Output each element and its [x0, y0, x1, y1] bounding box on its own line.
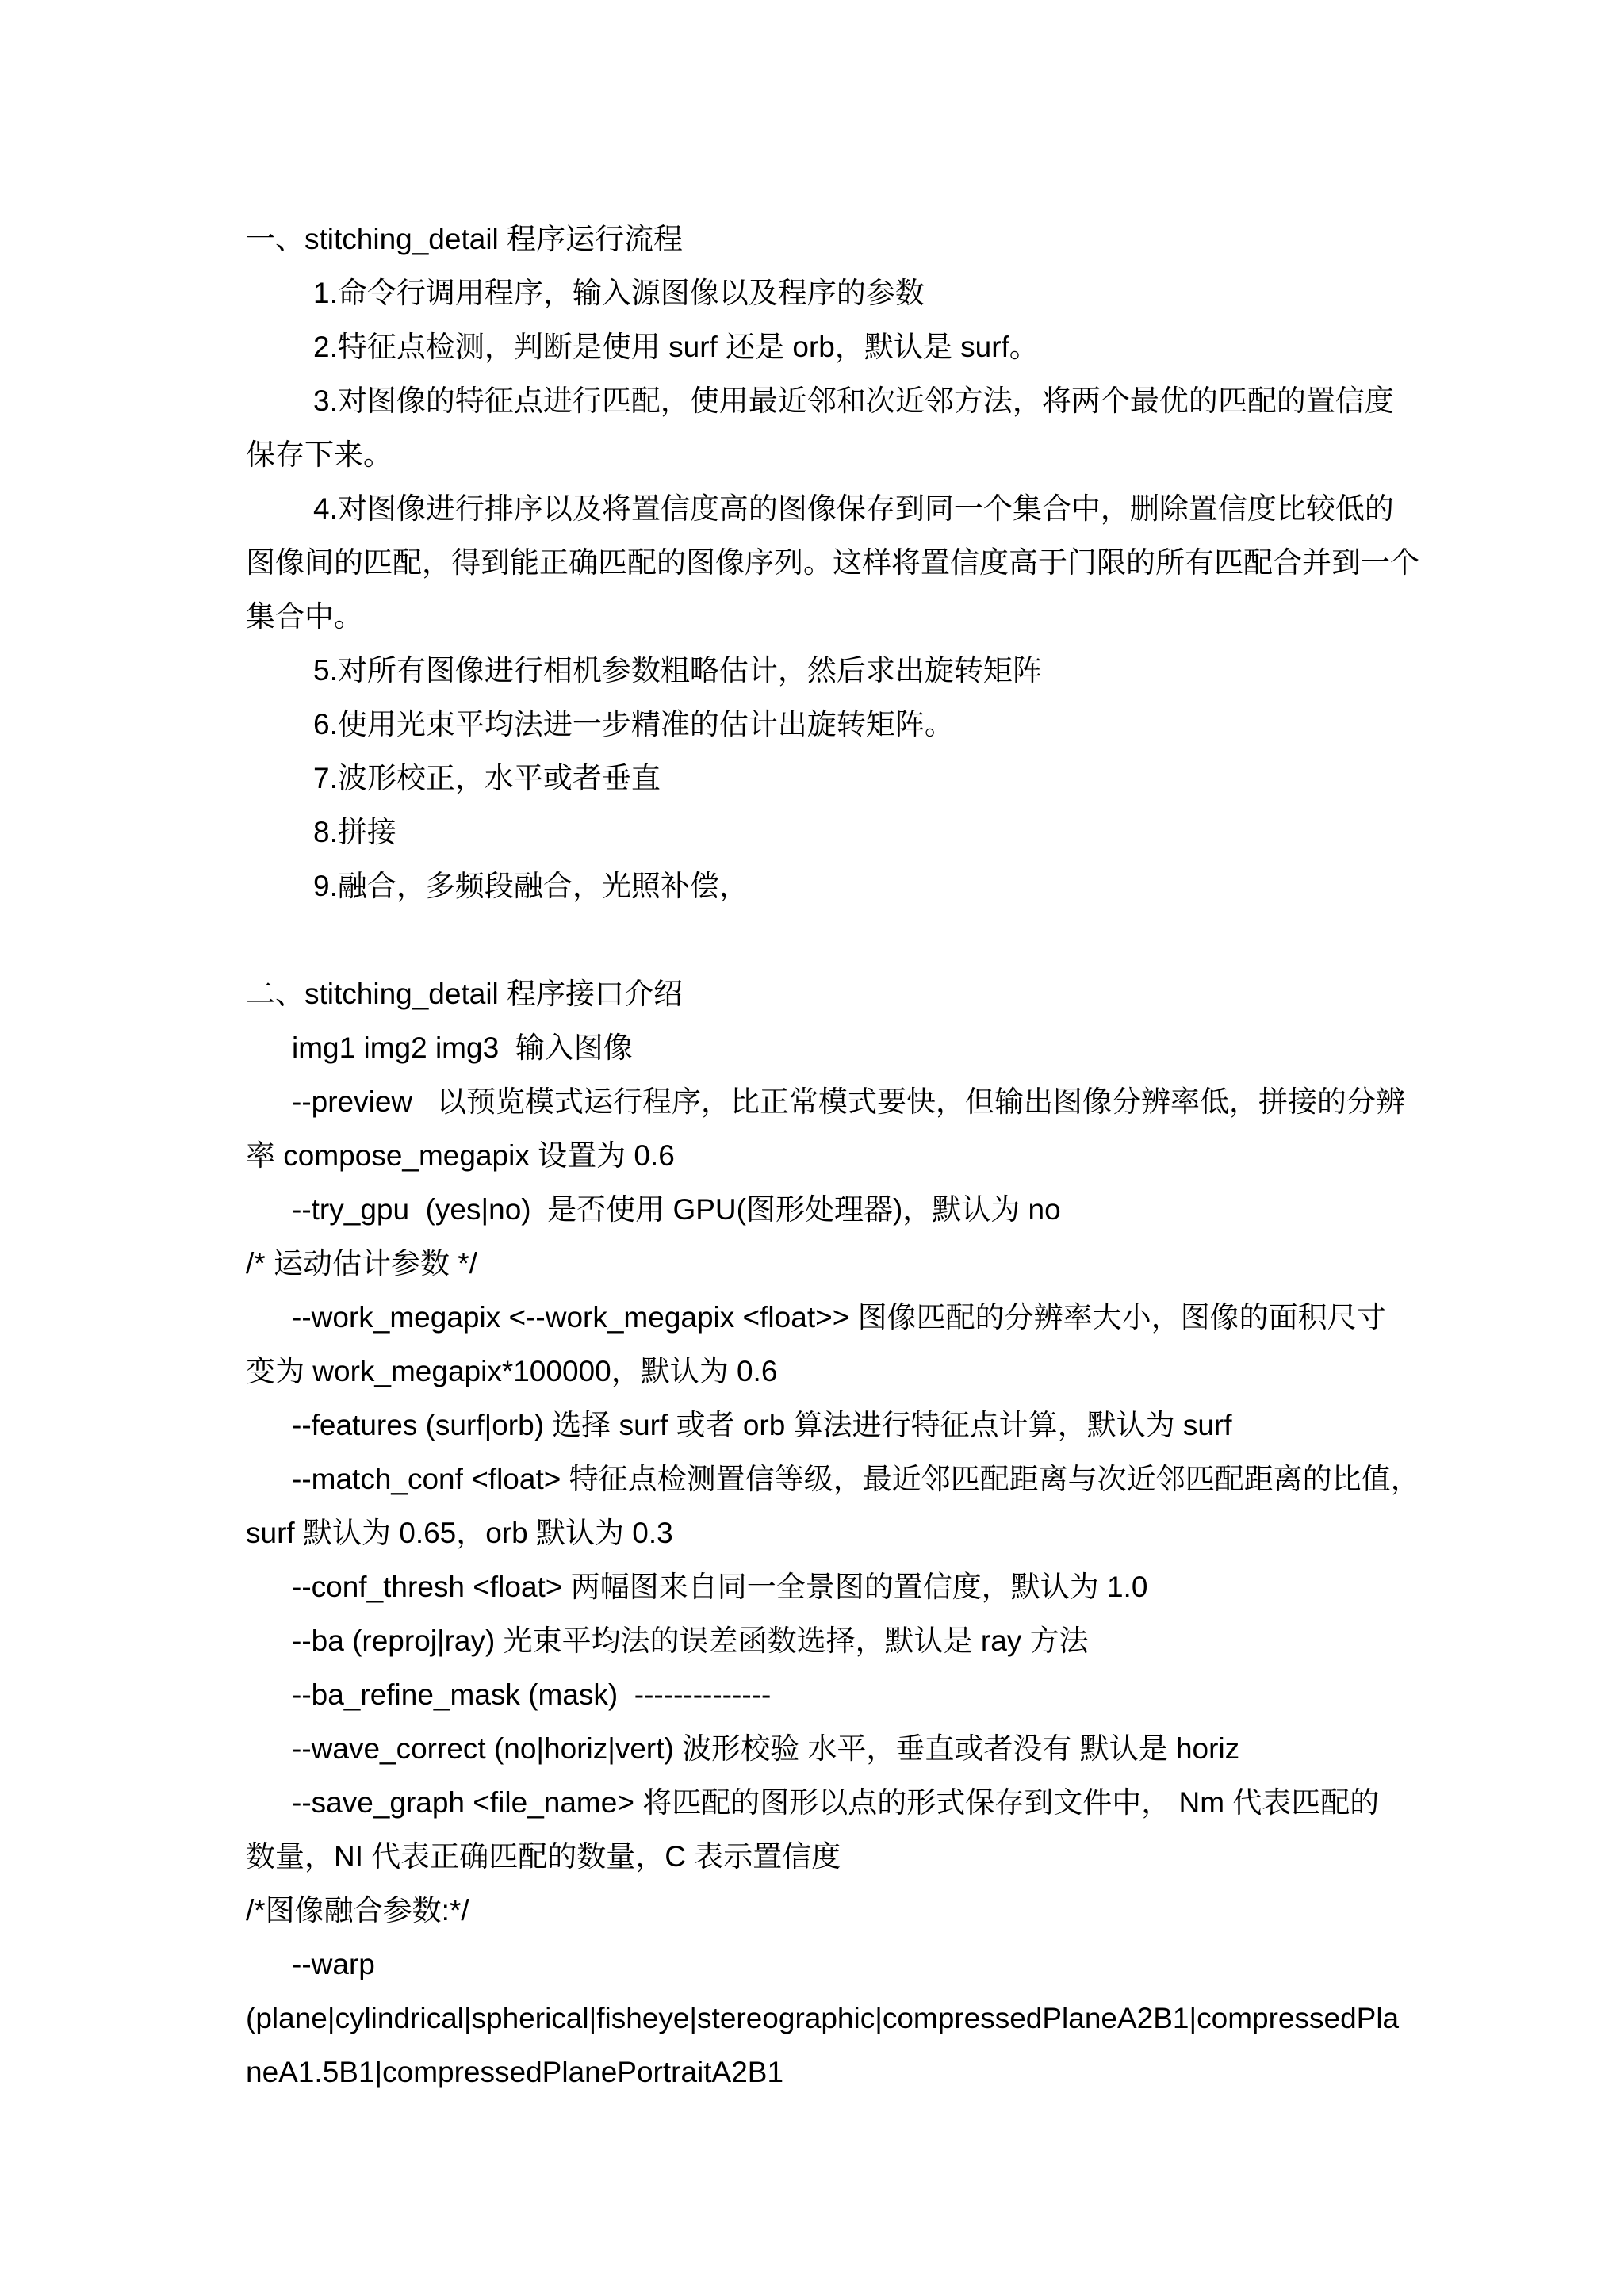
text-line: 率 compose_megapix 设置为 0.6: [246, 1129, 1427, 1183]
blank-line: [246, 913, 1427, 967]
text-line: --conf_thresh <float> 两幅图来自同一全景图的置信度，默认为…: [246, 1560, 1427, 1614]
text-line: 图像间的匹配，得到能正确匹配的图像序列。这样将置信度高于门限的所有匹配合并到一个: [246, 536, 1427, 590]
text-line: 3.对图像的特征点进行匹配，使用最近邻和次近邻方法，将两个最优的匹配的置信度: [246, 374, 1427, 428]
text-line: --match_conf <float> 特征点检测置信等级，最近邻匹配距离与次…: [246, 1452, 1427, 1506]
text-line: 一、stitching_detail 程序运行流程: [246, 212, 1427, 266]
text-line: --preview 以预览模式运行程序，比正常模式要快，但输出图像分辨率低，拼接…: [246, 1075, 1427, 1129]
text-line: 集合中。: [246, 590, 1427, 644]
text-line: 9.融合，多频段融合，光照补偿，: [246, 859, 1427, 913]
text-line: 7.波形校正，水平或者垂直: [246, 752, 1427, 806]
document-body: 一、stitching_detail 程序运行流程1.命令行调用程序，输入源图像…: [246, 212, 1427, 2099]
text-line: 8.拼接: [246, 806, 1427, 859]
text-line: --wave_correct (no|horiz|vert) 波形校验 水平，垂…: [246, 1722, 1427, 1776]
text-line: 6.使用光束平均法进一步精准的估计出旋转矩阵。: [246, 698, 1427, 752]
text-line: 二、stitching_detail 程序接口介绍: [246, 967, 1427, 1021]
document-page: 一、stitching_detail 程序运行流程1.命令行调用程序，输入源图像…: [0, 0, 1624, 2296]
text-line: --ba (reproj|ray) 光束平均法的误差函数选择，默认是 ray 方…: [246, 1614, 1427, 1668]
text-line: --work_megapix <--work_megapix <float>> …: [246, 1291, 1427, 1345]
text-line: 数量，NI 代表正确匹配的数量，C 表示置信度: [246, 1830, 1427, 1884]
text-line: 5.对所有图像进行相机参数粗略估计，然后求出旋转矩阵: [246, 644, 1427, 698]
text-line: (plane|cylindrical|spherical|fisheye|ste…: [246, 1992, 1427, 2045]
text-line: 1.命令行调用程序，输入源图像以及程序的参数: [246, 266, 1427, 320]
text-line: neA1.5B1|compressedPlanePortraitA2B1: [246, 2045, 1427, 2099]
text-line: /*图像融合参数:*/: [246, 1884, 1427, 1938]
text-line: 2.特征点检测，判断是使用 surf 还是 orb，默认是 surf。: [246, 320, 1427, 374]
text-line: 4.对图像进行排序以及将置信度高的图像保存到同一个集合中，删除置信度比较低的: [246, 482, 1427, 536]
text-line: surf 默认为 0.65，orb 默认为 0.3: [246, 1506, 1427, 1560]
text-line: --warp: [246, 1938, 1427, 1992]
text-line: --try_gpu (yes|no) 是否使用 GPU(图形处理器)，默认为 n…: [246, 1183, 1427, 1237]
text-line: img1 img2 img3 输入图像: [246, 1021, 1427, 1075]
text-line: /* 运动估计参数 */: [246, 1237, 1427, 1291]
text-line: 保存下来。: [246, 428, 1427, 482]
text-line: 变为 work_megapix*100000，默认为 0.6: [246, 1345, 1427, 1399]
text-line: --features (surf|orb) 选择 surf 或者 orb 算法进…: [246, 1399, 1427, 1452]
text-line: --save_graph <file_name> 将匹配的图形以点的形式保存到文…: [246, 1776, 1427, 1830]
text-line: --ba_refine_mask (mask) --------------: [246, 1668, 1427, 1722]
